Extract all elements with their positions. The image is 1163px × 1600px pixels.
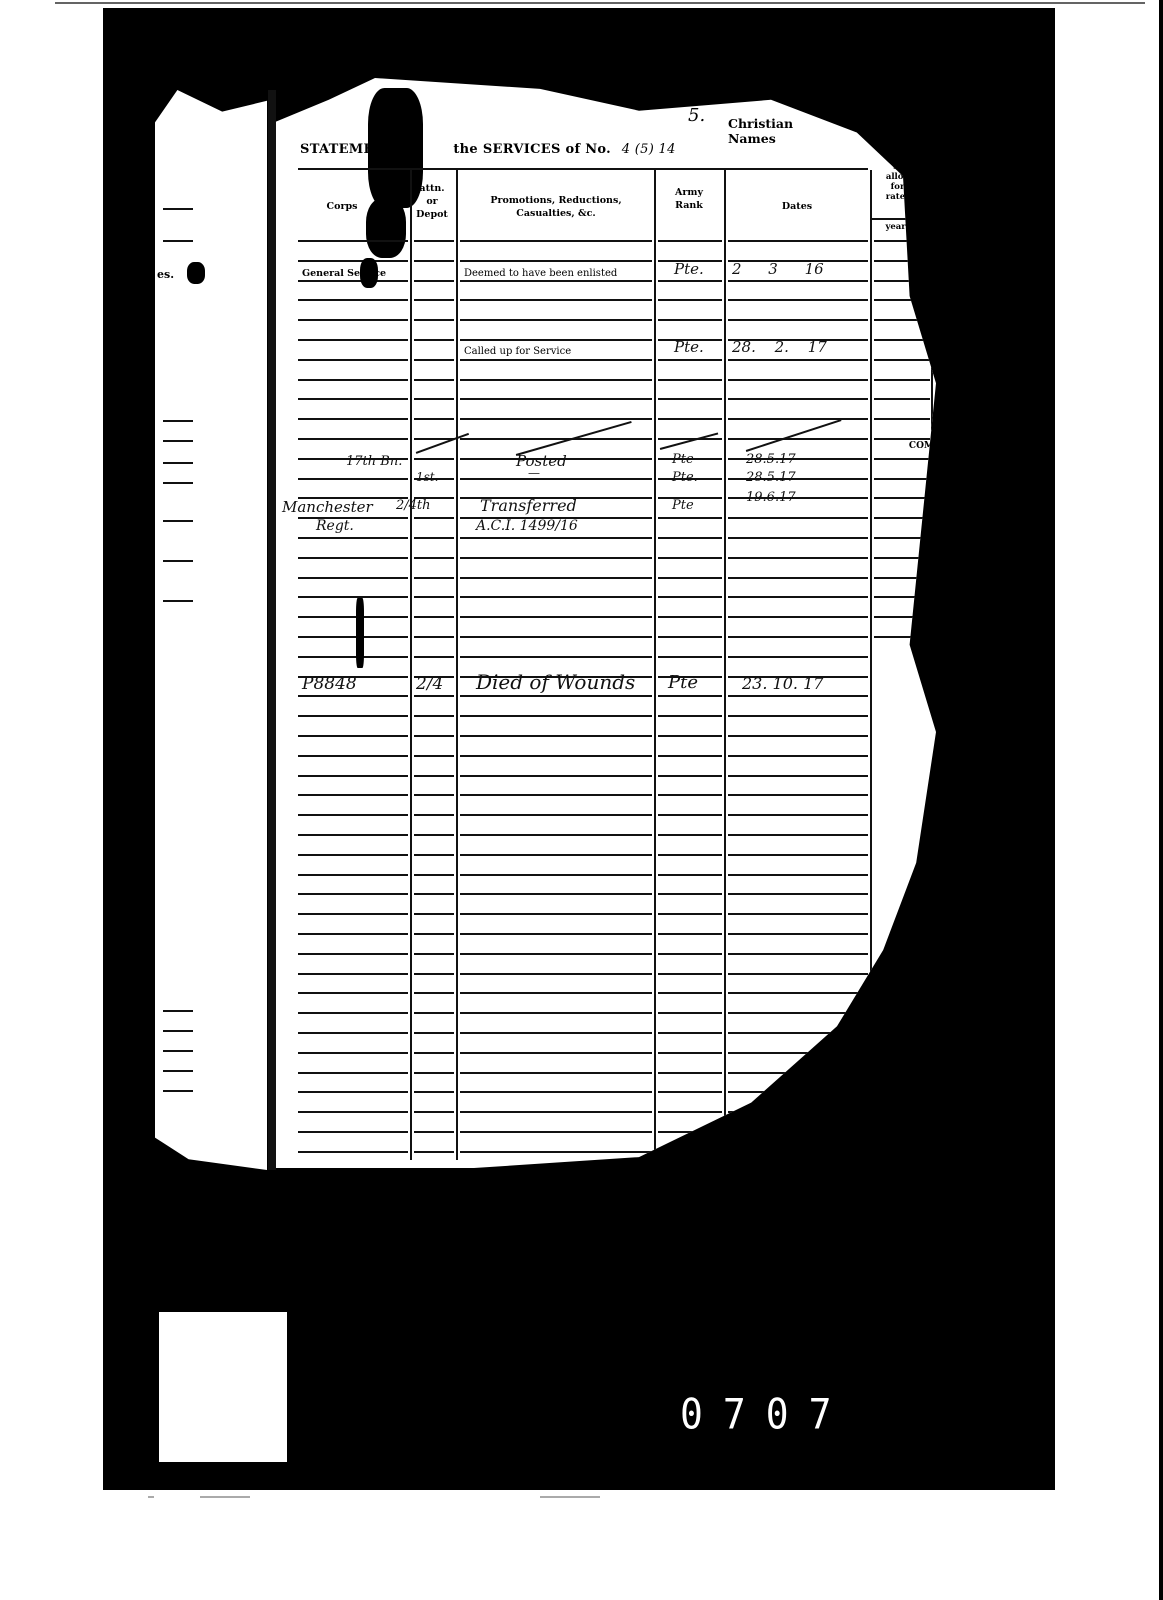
ruled-line (414, 616, 454, 618)
ruled-line (658, 755, 722, 757)
header-battn: attn. or Depot (410, 182, 454, 221)
ruled-line (658, 319, 722, 321)
row-1-rank: Pte. (674, 260, 704, 278)
ruled-line (460, 379, 652, 381)
ruled-line (460, 280, 652, 282)
ruled-line (460, 834, 652, 836)
ruled-line (460, 814, 652, 816)
ruled-line (874, 398, 930, 400)
ruled-line (414, 1131, 454, 1133)
ruled-line (414, 1012, 454, 1014)
ruled-line (728, 577, 868, 579)
ruled-line (460, 992, 652, 994)
ruled-line (658, 794, 722, 796)
ruled-line (460, 1052, 652, 1054)
ruled-line (414, 280, 454, 282)
ruled-line (298, 240, 408, 242)
ruled-line (728, 775, 868, 777)
column-divider (456, 170, 458, 1160)
ruled-line (460, 1072, 652, 1074)
ruled-line (460, 616, 652, 618)
ruled-line (658, 893, 722, 895)
ruled-line (728, 418, 868, 420)
ruled-line (414, 1052, 454, 1054)
column-divider (654, 170, 656, 1160)
ruled-line (658, 913, 722, 915)
ruled-line (658, 715, 722, 717)
ruled-line (298, 1151, 408, 1153)
ruled-line (298, 339, 408, 341)
ruled-line (298, 596, 408, 598)
ruled-line (658, 992, 722, 994)
ruled-line (414, 398, 454, 400)
ruled-line (728, 933, 868, 935)
ruled-line (414, 775, 454, 777)
ruled-line (298, 755, 408, 757)
page-top-rule (55, 2, 1145, 4)
ruled-line (874, 438, 930, 440)
ruled-line (658, 814, 722, 816)
ruled-line (728, 240, 868, 242)
ruled-line (414, 458, 454, 460)
ruled-line (460, 299, 652, 301)
ruled-line (414, 596, 454, 598)
ruled-line (728, 695, 868, 697)
ruled-line (658, 1111, 722, 1113)
blank-label-box (159, 1312, 287, 1462)
ruled-line (298, 814, 408, 816)
ruled-line (658, 1091, 722, 1093)
ruled-line (298, 616, 408, 618)
ruled-line (298, 636, 408, 638)
row-4-battn: 1st. (416, 470, 438, 484)
ruled-line (728, 379, 868, 381)
page-right-edge (1159, 0, 1163, 1600)
ink-smear (356, 598, 364, 668)
row-7-date: 23. 10. 17 (742, 674, 823, 693)
ruled-line (728, 398, 868, 400)
ruled-line (460, 755, 652, 757)
ruled-line (298, 418, 408, 420)
ruled-line (460, 636, 652, 638)
ruled-line (874, 517, 930, 519)
ruled-line (658, 695, 722, 697)
ruled-line (728, 953, 868, 955)
ruled-line (460, 359, 652, 361)
ruled-line (728, 438, 868, 440)
row-5-date: 19.6.17 (746, 490, 796, 505)
ruled-line (414, 715, 454, 717)
ruled-line (414, 695, 454, 697)
ruled-line (658, 359, 722, 361)
ruled-line (460, 854, 652, 856)
ruled-line (460, 794, 652, 796)
ruled-line (728, 557, 868, 559)
ruled-line (460, 438, 652, 440)
header-corps: Corps (312, 200, 372, 213)
ruled-line (298, 656, 408, 658)
ruled-line (163, 420, 193, 422)
strike-mark (416, 433, 469, 454)
ruled-line (298, 715, 408, 717)
ruled-line (460, 735, 652, 737)
row-7-battn: 2/4 (416, 674, 443, 694)
ruled-line (658, 240, 722, 242)
ruled-line (728, 636, 868, 638)
row-5-battn: 2/4th (396, 498, 431, 513)
ruled-line (298, 854, 408, 856)
ruled-line (658, 616, 722, 618)
ruled-line (728, 656, 868, 658)
ruled-line (163, 520, 193, 522)
strike-mark (746, 419, 842, 451)
ruled-line (658, 537, 722, 539)
row-7-rank: Pte (668, 672, 698, 693)
ruled-line (658, 973, 722, 975)
ruled-line (414, 1091, 454, 1093)
row-4-event: — (528, 466, 540, 480)
header-army-rank: Army Rank (656, 186, 722, 212)
row-3-event: Posted (516, 452, 567, 470)
ruled-line (414, 1072, 454, 1074)
ruled-line (298, 280, 408, 282)
ruled-line (658, 1032, 722, 1034)
ruled-line (728, 537, 868, 539)
ruled-line (658, 379, 722, 381)
row-4-rank: Pte. (672, 470, 698, 485)
ruled-line (460, 557, 652, 559)
ruled-line (728, 517, 868, 519)
ruled-line (658, 577, 722, 579)
ruled-line (298, 398, 408, 400)
ruled-line (298, 1091, 408, 1093)
ruled-line (728, 834, 868, 836)
ruled-line (460, 933, 652, 935)
row-6-corps: Regt. (316, 518, 354, 534)
ruled-line (658, 398, 722, 400)
ruled-line (298, 1032, 408, 1034)
ruled-line (460, 1012, 652, 1014)
row-7-corps: P8848 (302, 674, 357, 694)
ruled-line (658, 775, 722, 777)
ruled-line (298, 319, 408, 321)
ruled-line (298, 537, 408, 539)
row-2-rank: Pte. (674, 338, 704, 356)
ruled-line (728, 319, 868, 321)
ruled-line (298, 834, 408, 836)
ruled-line (298, 973, 408, 975)
christian-names-label: 5. Christian Names (728, 116, 798, 146)
ruled-line (460, 537, 652, 539)
ruled-line (874, 497, 930, 499)
ruled-line (658, 1072, 722, 1074)
ruled-line (414, 260, 454, 262)
ruled-line (163, 1030, 193, 1032)
ruled-line (298, 379, 408, 381)
service-number-overwrite: 5. (688, 108, 705, 123)
ruled-line (658, 596, 722, 598)
ruled-line (414, 1032, 454, 1034)
ruled-line (460, 1111, 652, 1113)
ruled-line (874, 379, 930, 381)
ruled-line (658, 299, 722, 301)
ruled-line (728, 973, 868, 975)
row-2-event: Called up for Service (464, 346, 571, 357)
form-title: STATEME the SERVICES of No. 4 (5) 14 (300, 142, 676, 157)
ruled-line (874, 458, 930, 460)
ruled-line (460, 695, 652, 697)
ruled-line (414, 517, 454, 519)
ruled-line (414, 418, 454, 420)
ruled-line (298, 1072, 408, 1074)
ruled-line (728, 735, 868, 737)
ruled-line (414, 656, 454, 658)
ruled-line (414, 577, 454, 579)
ruled-line (728, 359, 868, 361)
ruled-line (460, 953, 652, 955)
row-2-date: 28. 2. 17 (732, 338, 827, 356)
ruled-line (460, 240, 652, 242)
ruled-line (414, 893, 454, 895)
ruled-line (298, 438, 408, 440)
ruled-line (460, 913, 652, 915)
ruled-line (163, 440, 193, 442)
ruled-line (414, 814, 454, 816)
ruled-line (414, 240, 454, 242)
scan-mark (148, 1496, 154, 1498)
ruled-line (728, 280, 868, 282)
ruled-line (414, 755, 454, 757)
ruled-line (414, 379, 454, 381)
ruled-line (658, 557, 722, 559)
scan-mark (540, 1496, 600, 1498)
ink-blot (360, 258, 378, 288)
left-page-fragment: es. (155, 90, 267, 1170)
service-number: 4 (5) 14 (622, 142, 676, 157)
ruled-line (658, 1012, 722, 1014)
row-7-event: Died of Wounds (476, 670, 635, 694)
service-record-form: STATEME the SERVICES of No. 4 (5) 14 5. … (276, 78, 936, 1168)
ruled-line (414, 794, 454, 796)
ruled-line (460, 260, 652, 262)
ruled-line (414, 339, 454, 341)
ruled-line (414, 854, 454, 856)
ruled-line (414, 834, 454, 836)
ruled-line (414, 557, 454, 559)
ruled-line (728, 755, 868, 757)
ruled-line (728, 893, 868, 895)
header-promotions: Promotions, Reductions, Casualties, &c. (458, 194, 654, 220)
title-main: the SERVICES of No. (453, 142, 611, 157)
ruled-line (298, 260, 408, 262)
ruled-line (414, 299, 454, 301)
ruled-line (163, 482, 193, 484)
ruled-line (728, 794, 868, 796)
ruled-line (414, 913, 454, 915)
ruled-line (298, 913, 408, 915)
ruled-line (298, 953, 408, 955)
ruled-line (658, 280, 722, 282)
ruled-line (460, 715, 652, 717)
ruled-line (658, 874, 722, 876)
ruled-line (874, 478, 930, 480)
ruled-line (460, 319, 652, 321)
ruled-line (414, 992, 454, 994)
ruled-line (298, 1111, 408, 1113)
ruled-line (414, 973, 454, 975)
ruled-line (460, 596, 652, 598)
ruled-line (298, 874, 408, 876)
ruled-line (460, 398, 652, 400)
scan-mark (200, 1496, 250, 1498)
ruled-line (658, 854, 722, 856)
ruled-line (874, 339, 930, 341)
ruled-line (298, 577, 408, 579)
ruled-line (728, 874, 868, 876)
ruled-line (414, 319, 454, 321)
ruled-line (298, 775, 408, 777)
column-divider (410, 170, 412, 1160)
ruled-line (414, 537, 454, 539)
row-3-date: 28.5.17 (746, 452, 796, 467)
ruled-line (298, 557, 408, 559)
ruled-line (298, 992, 408, 994)
ruled-line (460, 1032, 652, 1034)
ruled-line (658, 735, 722, 737)
row-3-rank: Pte (672, 452, 694, 467)
ruled-line (163, 560, 193, 562)
ruled-line (728, 299, 868, 301)
ruled-line (298, 1131, 408, 1133)
ruled-line (460, 656, 652, 658)
ruled-line (163, 1010, 193, 1012)
ruled-line (460, 339, 652, 341)
frame-number: 0707 (680, 1390, 852, 1438)
ruled-line (728, 715, 868, 717)
title-prefix: STATEME (300, 142, 374, 157)
ruled-line (163, 240, 193, 242)
burn-damage (366, 198, 406, 258)
ruled-line (163, 1050, 193, 1052)
ruled-line (298, 299, 408, 301)
row-1-date: 2 3 16 (732, 260, 824, 278)
ruled-line (163, 208, 193, 210)
ruled-line (298, 893, 408, 895)
strike-mark (660, 432, 718, 449)
ruled-line (298, 1012, 408, 1014)
ruled-line (414, 636, 454, 638)
ruled-line (728, 616, 868, 618)
ruled-line (658, 1052, 722, 1054)
ruled-line (658, 517, 722, 519)
ruled-line (728, 913, 868, 915)
ruled-line (414, 735, 454, 737)
ruled-line (658, 933, 722, 935)
ruled-line (163, 462, 193, 464)
ruled-line (874, 418, 930, 420)
title-underline (298, 168, 868, 170)
row-5-rank: Pte (672, 498, 694, 513)
ruled-line (658, 953, 722, 955)
header-dates: Dates (726, 200, 868, 213)
ruled-line (874, 359, 930, 361)
ruled-line (460, 893, 652, 895)
row-4-date: 28.5.17 (746, 470, 796, 485)
ruled-line (163, 600, 193, 602)
ruled-line (298, 1052, 408, 1054)
ruled-line (460, 1091, 652, 1093)
ruled-line (460, 577, 652, 579)
row-5-event: Transferred (480, 496, 577, 515)
row-6-event: A.C.I. 1499/16 (476, 518, 578, 534)
ruled-line (414, 359, 454, 361)
book-spine (268, 90, 276, 1170)
ruled-line (298, 933, 408, 935)
ruled-line (460, 874, 652, 876)
ruled-line (414, 874, 454, 876)
ruled-line (728, 814, 868, 816)
ruled-line (460, 478, 652, 480)
ruled-line (460, 775, 652, 777)
ruled-line (298, 735, 408, 737)
christian-names-text: Christian Names (728, 116, 798, 146)
ruled-line (298, 478, 408, 480)
ruled-line (728, 596, 868, 598)
ruled-line (658, 418, 722, 420)
ruled-line (460, 1131, 652, 1133)
column-divider (724, 170, 726, 1160)
row-3-battn: 17th Bn. (346, 454, 402, 469)
ruled-line (414, 1111, 454, 1113)
ruled-line (414, 933, 454, 935)
ruled-line (728, 854, 868, 856)
ruled-line (728, 992, 868, 994)
ruled-line (163, 1090, 193, 1092)
row-5-corps: Manchester (282, 498, 373, 516)
ruled-line (414, 1151, 454, 1153)
row-1-event: Deemed to have been enlisted (464, 268, 617, 279)
ruled-line (658, 656, 722, 658)
left-page-text: es. (157, 268, 174, 281)
ruled-line (298, 359, 408, 361)
ruled-line (298, 695, 408, 697)
ruled-line (658, 834, 722, 836)
ruled-line (460, 418, 652, 420)
ruled-line (414, 953, 454, 955)
ruled-line (658, 636, 722, 638)
ruled-line (163, 1070, 193, 1072)
ruled-line (460, 973, 652, 975)
ink-blot (187, 262, 205, 284)
ruled-line (460, 1151, 652, 1153)
ruled-line (298, 794, 408, 796)
